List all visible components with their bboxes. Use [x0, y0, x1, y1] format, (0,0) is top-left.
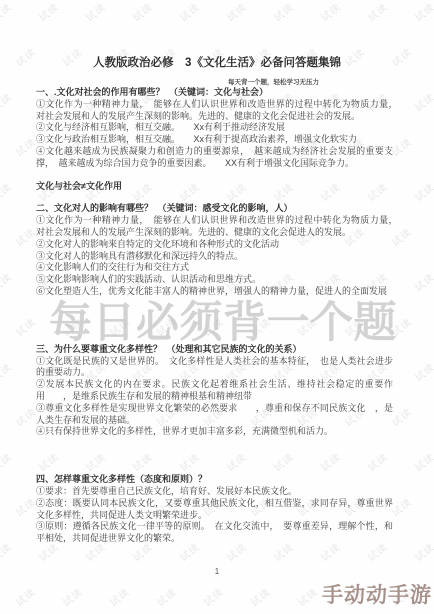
trial-watermark-tile: 试读 — [12, 584, 39, 609]
section-line: ②发展本民族文化的内在要求。民族文化起着维系社会生活、维持社会稳定的重要作用 ，… — [36, 379, 393, 403]
section-4-how-to-respect-cultural-diversity: 四、怎样尊重文化多样性（态度和原则）？①要求：首先要尊重自己民族文化，培育好、发… — [36, 474, 393, 545]
trial-watermark-tile: 试读 — [0, 269, 14, 294]
trial-watermark-tile: 试读 — [411, 179, 434, 204]
trial-watermark-tile: 试读 — [12, 494, 39, 519]
section-line: ③文化对人的影响具有潜移默化和深远持久的特点。 — [36, 251, 393, 263]
trial-watermark-tile: 试读 — [294, 584, 321, 609]
note-culture-society-not-equal-culture-role: 文化与社会≠文化作用 — [36, 181, 393, 193]
trial-watermark-tile: 试读 — [0, 179, 14, 204]
section-line: ①文化既是民族的又是世界的。 文化多样性是人类社会的基本特征， 也是人类社会进步… — [36, 356, 393, 380]
section-line: ①要求：首先要尊重自己民族文化，培育好、发展好本民族文化。 — [36, 486, 393, 498]
section-line: ⑤文化影响影响人们的实践活动、认识活动和思维方式。 — [36, 274, 393, 286]
trial-watermark-tile: 试读 — [0, 539, 14, 564]
section-1-culture-and-society: 一、.文化对社会的作用有哪些？ （关键词：文化与社会）①文化作为一种精神力量， … — [36, 87, 393, 170]
section-line: ①文化作为一种精神力量， 能够在人们认识世界和改造世界的过程中转化为物质力量， … — [36, 215, 393, 239]
trial-watermark-tile: 试读 — [129, 0, 156, 24]
section-line: ③原则：遵循各民族文化一律平等的原则。 在文化交流中， 要尊重差异，理解个性，和… — [36, 521, 393, 545]
section-heading: 三、为什么要尊重文化多样性？ （处理和其它民族的文化的关系） — [36, 344, 393, 356]
trial-watermark-tile: 试读 — [59, 584, 86, 609]
trial-watermark-tile: 试读 — [82, 0, 109, 24]
section-line: ②态度：既要认同本民族文化，又要尊重其他民族文化，相互借鉴，求同存异，尊重世界文… — [36, 498, 393, 522]
trial-watermark-tile: 试读 — [0, 89, 14, 114]
document-body: 一、.文化对社会的作用有哪些？ （关键词：文化与社会）①文化作为一种精神力量， … — [36, 87, 393, 545]
trial-watermark-tile: 试读 — [411, 89, 434, 114]
trial-watermark-tile: 试读 — [411, 269, 434, 294]
document-title: 人教版政治必修 3《文化生活》必备问答题集锦 — [0, 54, 434, 70]
trial-watermark-tile: 试读 — [0, 0, 14, 24]
trial-watermark-tile: 试读 — [12, 134, 39, 159]
section-heading: 一、.文化对社会的作用有哪些？ （关键词：文化与社会） — [36, 87, 393, 99]
section-3-why-respect-cultural-diversity: 三、为什么要尊重文化多样性？ （处理和其它民族的文化的关系）①文化既是民族的又是… — [36, 344, 393, 438]
trial-watermark-tile: 试读 — [12, 314, 39, 339]
trial-watermark-tile: 试读 — [270, 0, 297, 24]
trial-watermark-tile: 试读 — [200, 584, 227, 609]
trial-watermark-tile: 试读 — [12, 224, 39, 249]
section-heading: 文化与社会≠文化作用 — [36, 181, 393, 193]
section-line: ②文化与经济相互影响，相互交融。 Xx有利于推动经济发展 — [36, 122, 393, 134]
trial-watermark-tile: 试读 — [364, 0, 391, 24]
trial-watermark-tile: 试读 — [317, 0, 344, 24]
trial-watermark-tile: 试读 — [223, 0, 250, 24]
page-number: 1 — [0, 567, 434, 576]
trial-watermark-tile: 试读 — [106, 584, 133, 609]
section-line: ①文化作为一种精神力量， 能够在人们认识世界和改造世界的过程中转化为物质力量， … — [36, 99, 393, 123]
trial-watermark-tile: 试读 — [0, 359, 14, 384]
document-subtitle: 每天背一个题，轻松学习无压力 — [228, 77, 319, 86]
trial-watermark-tile: 试读 — [153, 584, 180, 609]
section-heading: 四、怎样尊重文化多样性（态度和原则）？ — [36, 474, 393, 486]
section-heading: 二、文化对人的影响有哪些？ （关键词：感受文化的影响，人） — [36, 203, 393, 215]
section-line: ④文化越来越成为民族凝聚力和创造力的重要源泉， 越来越成为经济社会发展的重要支撑… — [36, 146, 393, 170]
section-line: ④文化影响人们的交往行为和交往方式 — [36, 262, 393, 274]
trial-watermark-tile: 试读 — [35, 0, 62, 24]
trial-watermark-tile: 试读 — [411, 449, 434, 474]
section-2-culture-influence-on-people: 二、文化对人的影响有哪些？ （关键词：感受文化的影响，人）①文化作为一种精神力量… — [36, 203, 393, 297]
section-line: ④只有保持世界文化的多样性，世界才更加丰富多彩，充满微型机和活力。 — [36, 426, 393, 438]
section-line: ⑥文化塑造人生，优秀文化能丰富人的精神世界，增强人的精神力量，促进人的全面发展 — [36, 286, 393, 298]
brand-watermark: 手动动手游 — [322, 579, 432, 609]
section-line: ③尊重文化多样性是实现世界文化繁荣的必然要求 ，尊重和保存不同民族文化 ，是人类… — [36, 403, 393, 427]
trial-watermark-tile: 试读 — [0, 449, 14, 474]
trial-watermark-tile: 试读 — [411, 0, 434, 24]
section-line: ③文化与政治相互影响，相互交融。 Xx有利于提高政治素养，增强文化软实力 — [36, 134, 393, 146]
document-page: 试读试读试读试读试读试读试读试读试读试读试读试读试读试读试读试读试读试读试读试读… — [0, 0, 434, 614]
trial-watermark-tile: 试读 — [176, 0, 203, 24]
trial-watermark-tile: 试读 — [411, 539, 434, 564]
trial-watermark-tile: 试读 — [12, 404, 39, 429]
trial-watermark-tile: 试读 — [411, 359, 434, 384]
trial-watermark-tile: 试读 — [247, 584, 274, 609]
section-line: ②文化对人的影响来自特定的文化环境和各种形式的文化活动 — [36, 239, 393, 251]
